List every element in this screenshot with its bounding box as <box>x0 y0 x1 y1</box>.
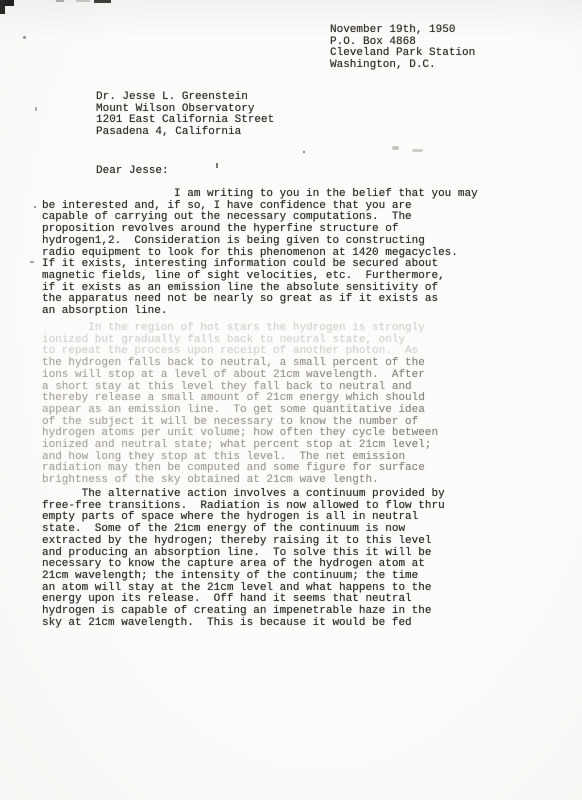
scan-artifact-smudge <box>392 146 399 150</box>
scan-artifact-top-dash <box>94 0 111 3</box>
text-line: hydrogen1,2. Consideration is being give… <box>42 236 478 248</box>
text-line: appear as an emission line. To get some … <box>42 405 438 417</box>
text-line: ionized and neutral state; what percent … <box>42 440 438 452</box>
scan-artifact-speck <box>35 107 37 111</box>
body-paragraph-1: I am writing to you in the belief that y… <box>42 189 478 318</box>
text-line: In the region of hot stars the hydrogen … <box>42 323 438 335</box>
body-paragraph-3: The alternative action involves a contin… <box>42 489 445 629</box>
text-line: hydrogen is capable of creating an impen… <box>42 606 445 618</box>
salutation: Dear Jesse: <box>96 166 169 178</box>
scan-artifact-dot <box>34 206 36 208</box>
scan-artifact-top-dash <box>76 0 90 2</box>
body-paragraph-2-faded: In the region of hot stars the hydrogen … <box>42 323 438 487</box>
text-line: to repeat the process upon receipt of an… <box>42 346 438 358</box>
scan-artifact-top-dash <box>56 0 64 2</box>
scan-artifact-tick <box>216 163 218 168</box>
scan-artifact-corner-top <box>0 0 14 6</box>
scan-artifact-dot <box>23 36 26 39</box>
text-line: brightness of the sky obtained at 21cm w… <box>42 475 438 487</box>
scan-artifact-dot <box>30 261 34 263</box>
text-line: Dr. Jesse L. Greenstein <box>96 92 274 104</box>
recipient-address-block: Dr. Jesse L. GreensteinMount Wilson Obse… <box>96 92 274 139</box>
text-line: an absorption line. <box>42 306 478 318</box>
sender-address-block: November 19th, 1950P.O. Box 4868Clevelan… <box>330 25 475 72</box>
text-line: 21cm wavelength; the intensity of the co… <box>42 571 445 583</box>
text-line: The alternative action involves a contin… <box>42 489 445 501</box>
text-line: extracted by the hydrogen; thereby raisi… <box>42 536 445 548</box>
scan-artifact-corner-side <box>0 0 5 14</box>
scan-artifact-smudge <box>412 149 423 152</box>
text-line: Pasadena 4, California <box>96 127 274 139</box>
text-line: sky at 21cm wavelength. This is because … <box>42 618 445 630</box>
text-line: I am writing to you in the belief that y… <box>42 189 478 201</box>
scan-artifact-dot <box>303 151 305 153</box>
text-line: magnetic fields, line of sight velocitie… <box>42 271 478 283</box>
text-line: Washington, D.C. <box>330 60 475 72</box>
text-line: ions will stop at a level of about 21cm … <box>42 370 438 382</box>
text-line: November 19th, 1950 <box>330 25 475 37</box>
scanned-letter-page: November 19th, 1950P.O. Box 4868Clevelan… <box>0 0 582 800</box>
